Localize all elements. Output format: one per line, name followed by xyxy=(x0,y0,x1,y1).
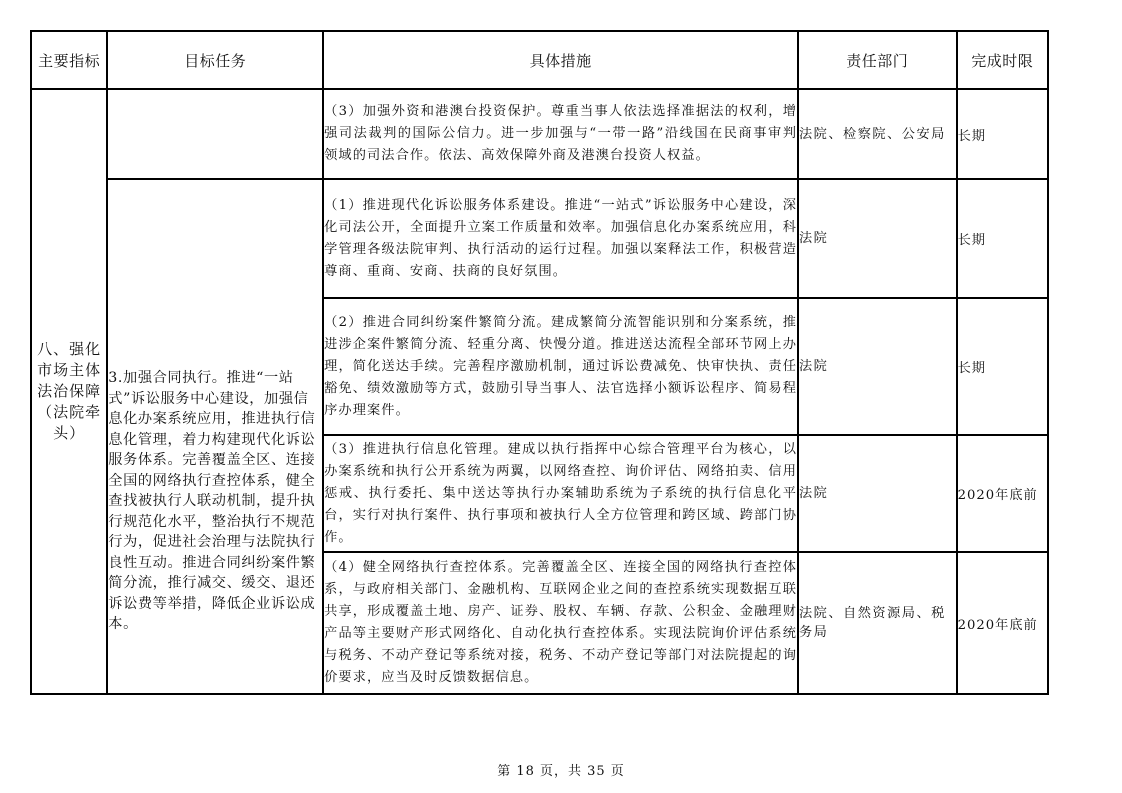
deadline-cell: 2020年底前 xyxy=(957,435,1048,552)
table-row: 八、强化市场主体法治保障（法院牵头） （3）加强外资和港澳台投资保护。尊重当事人… xyxy=(31,89,1048,179)
header-indicator: 主要指标 xyxy=(31,31,107,89)
dept-cell: 法院、检察院、公安局 xyxy=(798,89,957,179)
document-page: 主要指标 目标任务 具体措施 责任部门 完成时限 八、强化市场主体法治保障（法院… xyxy=(0,0,1122,793)
indicator-cell: 八、强化市场主体法治保障（法院牵头） xyxy=(31,89,107,694)
dept-cell: 法院 xyxy=(798,298,957,435)
header-task: 目标任务 xyxy=(107,31,323,89)
deadline-cell: 长期 xyxy=(957,298,1048,435)
page-number: 第 18 页，共 35 页 xyxy=(0,760,1122,779)
dept-cell: 法院、自然资源局、税务局 xyxy=(798,552,957,694)
deadline-cell: 长期 xyxy=(957,89,1048,179)
measure-cell: （2）推进合同纠纷案件繁简分流。建成繁简分流智能识别和分案系统，推进涉企案件繁简… xyxy=(323,298,798,435)
measure-cell: （4）健全网络执行查控体系。完善覆盖全区、连接全国的网络执行查控体系，与政府相关… xyxy=(323,552,798,694)
plan-table: 主要指标 目标任务 具体措施 责任部门 完成时限 八、强化市场主体法治保障（法院… xyxy=(30,30,1049,695)
dept-cell: 法院 xyxy=(798,435,957,552)
measure-cell: （3）加强外资和港澳台投资保护。尊重当事人依法选择准据法的权利，增强司法裁判的国… xyxy=(323,89,798,179)
header-deadline: 完成时限 xyxy=(957,31,1048,89)
header-dept: 责任部门 xyxy=(798,31,957,89)
measure-cell: （1）推进现代化诉讼服务体系建设。推进“一站式”诉讼服务中心建设，深化司法公开，… xyxy=(323,179,798,298)
header-row: 主要指标 目标任务 具体措施 责任部门 完成时限 xyxy=(31,31,1048,89)
dept-cell: 法院 xyxy=(798,179,957,298)
measure-cell: （3）推进执行信息化管理。建成以执行指挥中心综合管理平台为核心，以办案系统和执行… xyxy=(323,435,798,552)
table-row: 3.加强合同执行。推进“一站式”诉讼服务中心建设，加强信息化办案系统应用，推进执… xyxy=(31,179,1048,298)
deadline-cell: 长期 xyxy=(957,179,1048,298)
task-cell-empty xyxy=(107,89,323,179)
deadline-cell: 2020年底前 xyxy=(957,552,1048,694)
task-cell: 3.加强合同执行。推进“一站式”诉讼服务中心建设，加强信息化办案系统应用，推进执… xyxy=(107,179,323,694)
header-measure: 具体措施 xyxy=(323,31,798,89)
